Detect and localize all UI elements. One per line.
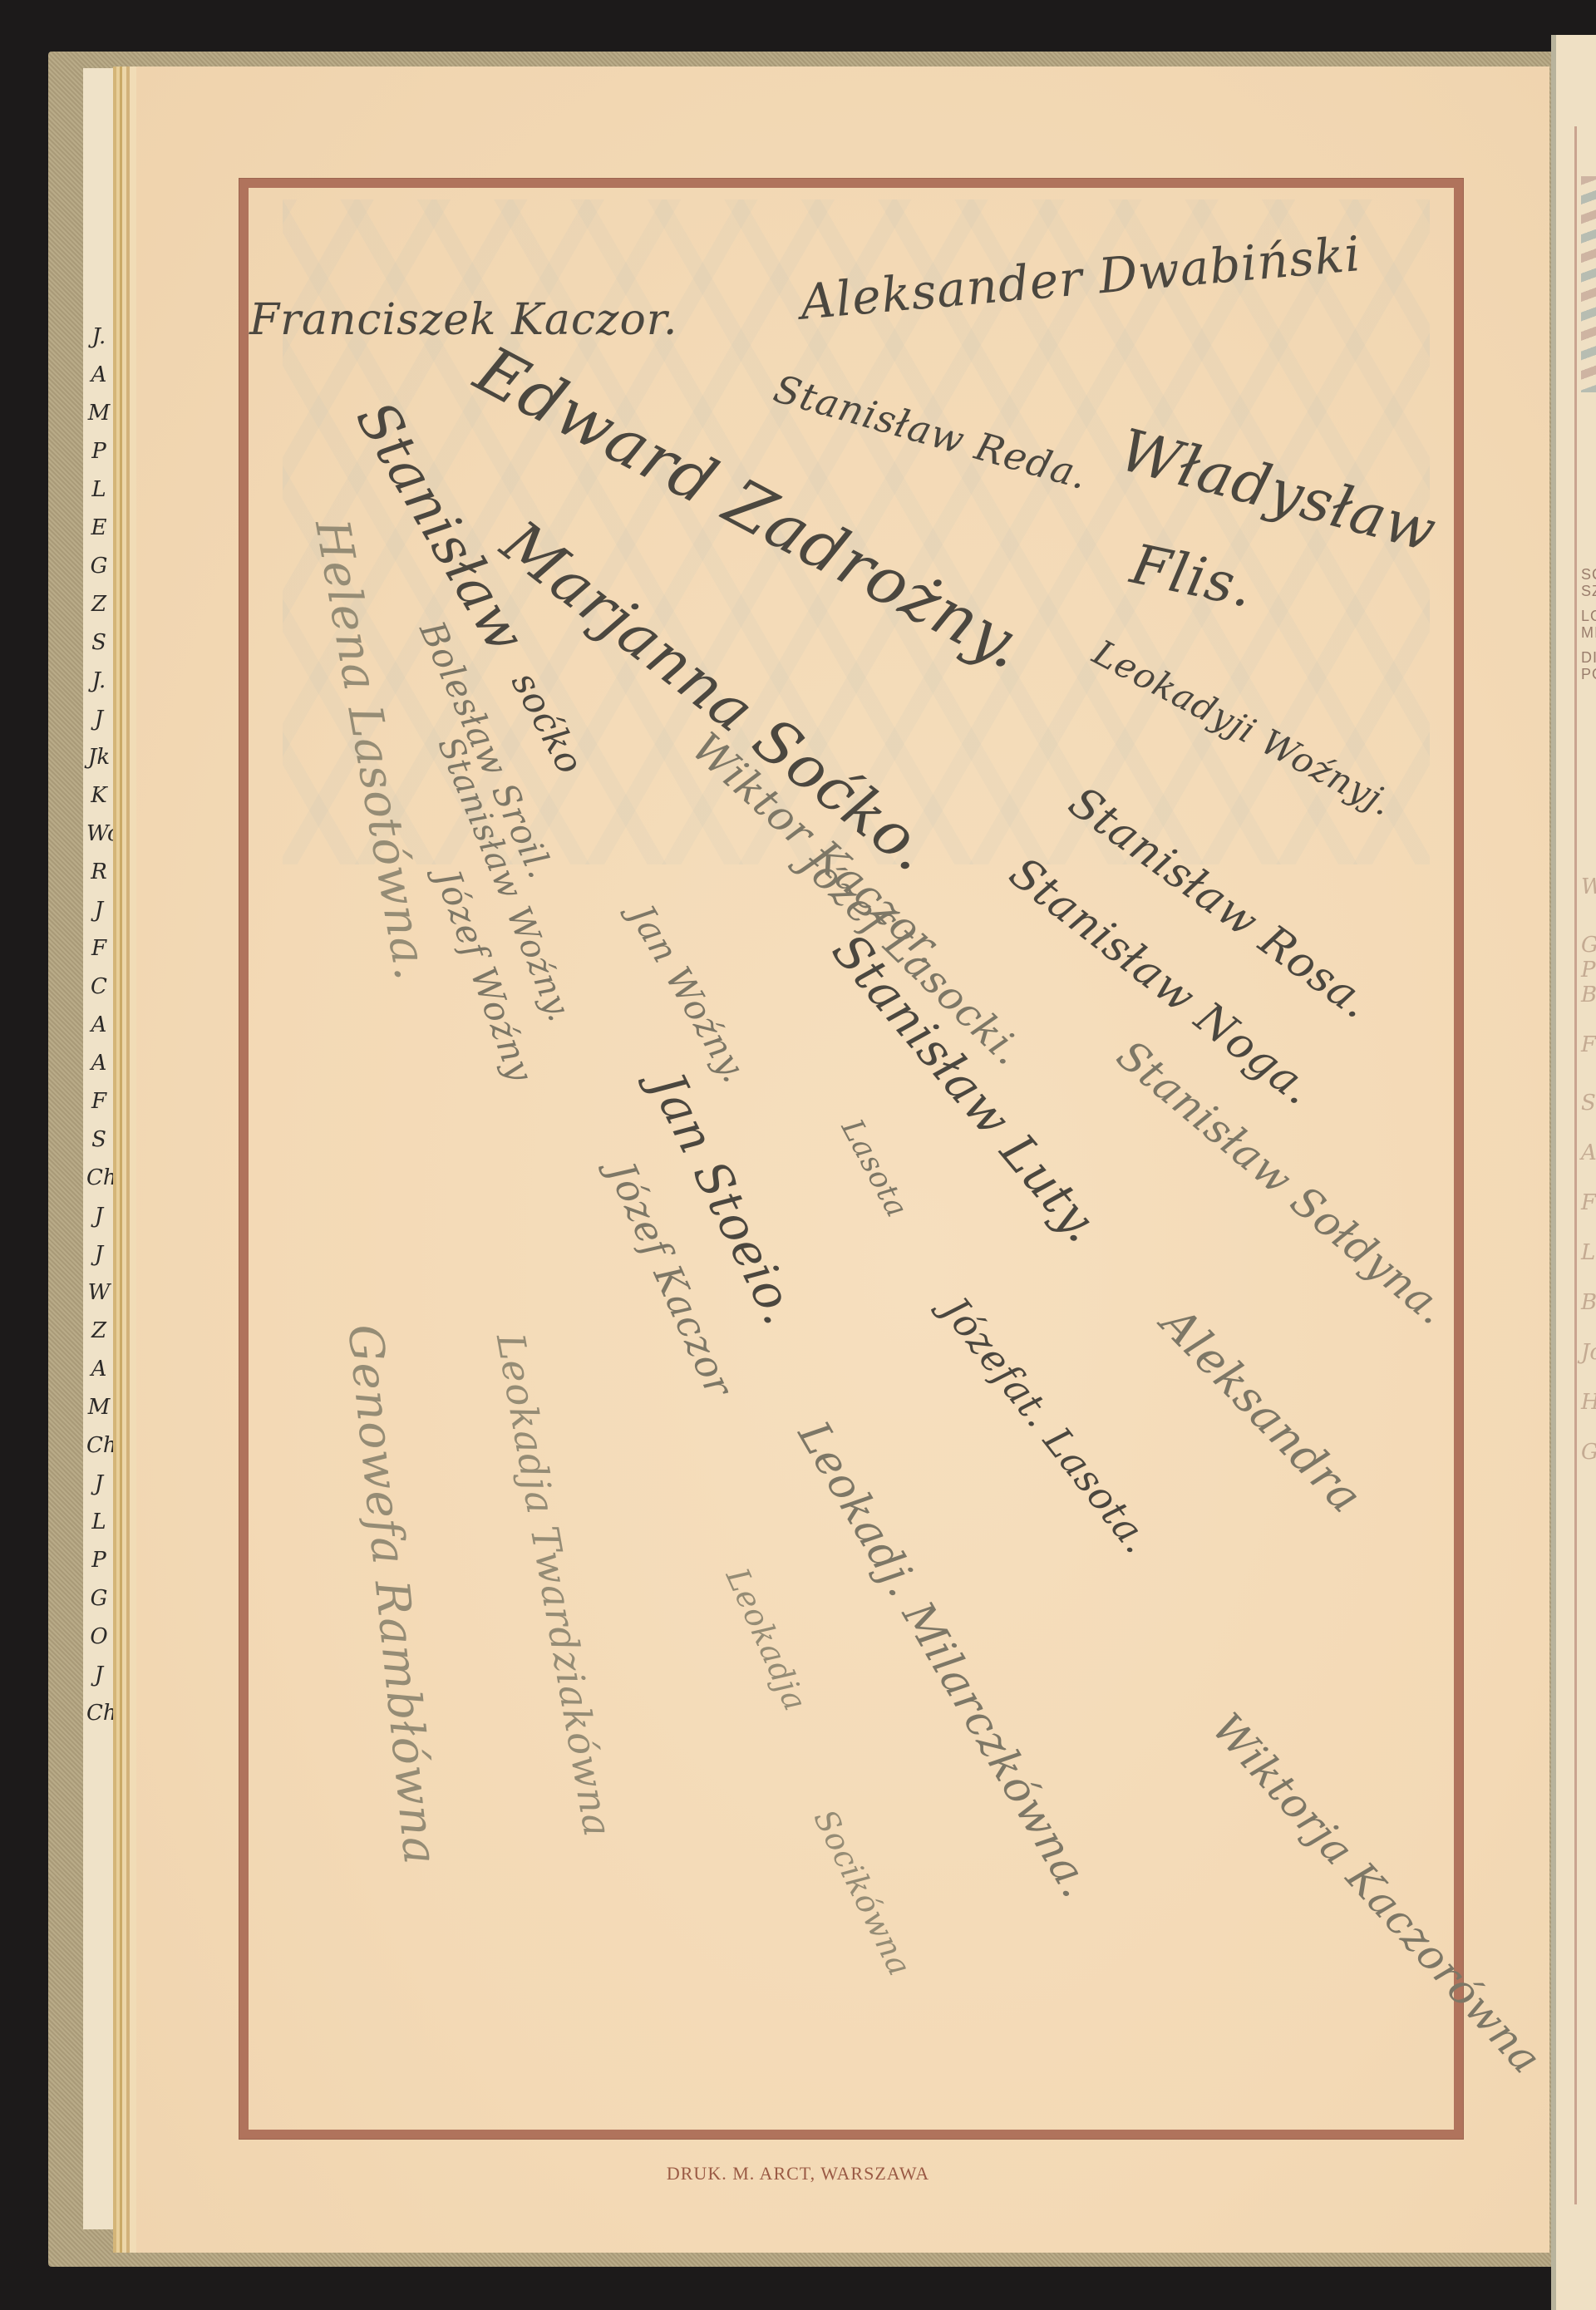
next-page-frame [1574,126,1596,2204]
next-page-name: Hel [1581,1390,1596,1415]
page-edges [113,66,138,2253]
next-page-label: SCHO [1581,567,1596,582]
next-page-label: DIST [1581,650,1596,665]
previous-page-strip: J. A M P L E G Z S J. J Jk K Wo R J F C … [83,68,115,2229]
next-page-name: A [1581,1140,1596,1165]
next-page-name: Józe [1581,1340,1596,1365]
next-page-name: B [1581,983,1596,1007]
alphabet-glyphs: J. A M P L E G Z S J. J Jk K Wo R J F C … [86,318,111,1732]
next-page-name: Sta [1581,1091,1596,1116]
next-page-label: SZKO [1581,584,1596,598]
printer-imprint: DRUK. M. ARCT, WARSZAWA [0,2163,1596,2184]
next-page-strip: SCHO SZKO LOCA MIEJ DIST POW Wła G. Pi B… [1551,35,1596,2310]
next-page-name: Genia [1581,1440,1596,1465]
ornament-icon [1581,176,1596,392]
next-page-name: G. Pi [1581,933,1596,983]
next-page-name: Fryd [1581,1190,1596,1215]
next-page-label: LOCA [1581,608,1596,623]
next-page-name: Wła [1581,874,1596,899]
handwritten-signature: Franciszek Kaczor. [249,295,677,345]
next-page-name: Fra [1581,1032,1596,1057]
next-page-label: POW [1581,667,1596,682]
next-page-name: Bole [1581,1290,1596,1315]
next-page-name: Leon [1581,1240,1596,1265]
next-page-label: MIEJ [1581,625,1596,640]
